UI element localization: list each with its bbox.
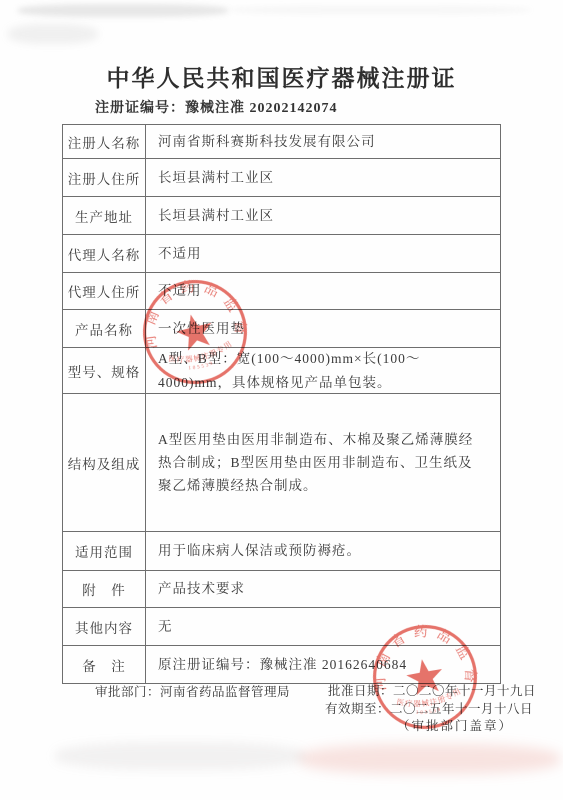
valid-until-line: 有效期至：二〇二五年十一月十八日 — [325, 699, 533, 717]
scan-noise — [55, 742, 305, 770]
row-value: 一次性医用垫 — [146, 310, 500, 347]
valid-until-label: 有效期至： — [325, 702, 390, 716]
approval-date-label: 批准日期： — [328, 684, 393, 698]
row-value: 无 — [146, 608, 500, 645]
row-value: 产品技术要求 — [146, 571, 500, 607]
table-row-registrant-name: 注册人名称 河南省斯科赛斯科技发展有限公司 — [63, 125, 500, 159]
table-row-structure-composition: 结构及组成 A型医用垫由医用非制造布、木棉及聚乙烯薄膜经热合制成；B型医用垫由医… — [63, 394, 500, 532]
row-value: 河南省斯科赛斯科技发展有限公司 — [146, 125, 500, 158]
row-label: 代理人名称 — [63, 235, 146, 272]
scan-noise — [230, 6, 530, 14]
row-label: 其他内容 — [63, 608, 146, 645]
table-row-other-content: 其他内容 无 — [63, 608, 500, 646]
approval-department: 审批部门：河南省药品监督管理局 — [95, 682, 290, 700]
certificate-table: 注册人名称 河南省斯科赛斯科技发展有限公司 注册人住所 长垣县满村工业区 生产地… — [62, 124, 501, 684]
scan-noise — [8, 24, 98, 44]
table-row-remarks: 备 注 原注册证编号：豫械注准 20162640684 — [63, 646, 500, 683]
registration-number-value: 豫械注准 20202142074 — [185, 101, 338, 116]
row-value: 不适用 — [146, 235, 500, 272]
row-value: A型医用垫由医用非制造布、木棉及聚乙烯薄膜经热合制成；B型医用垫由医用非制造布、… — [146, 394, 500, 531]
registration-number-line: 注册证编号：豫械注准 20202142074 — [95, 97, 338, 117]
row-label: 生产地址 — [63, 197, 146, 234]
seal-note: （审批部门盖章） — [397, 716, 513, 734]
row-label: 产品名称 — [63, 310, 146, 347]
row-label: 附 件 — [63, 571, 146, 607]
row-label: 注册人住所 — [63, 159, 146, 196]
row-label: 适用范围 — [63, 532, 146, 570]
approval-date-value: 二〇二〇年十一月十九日 — [393, 684, 536, 698]
certificate-page: 中华人民共和国医疗器械注册证 注册证编号：豫械注准 20202142074 注册… — [0, 0, 563, 800]
row-label: 代理人住所 — [63, 273, 146, 309]
row-value: 长垣县满村工业区 — [146, 159, 500, 196]
valid-until-value: 二〇二五年十一月十八日 — [390, 702, 533, 716]
table-row-production-address: 生产地址 长垣县满村工业区 — [63, 197, 500, 235]
table-row-agent-name: 代理人名称 不适用 — [63, 235, 500, 273]
row-label: 型号、规格 — [63, 348, 146, 393]
table-row-attachment: 附 件 产品技术要求 — [63, 571, 500, 608]
row-label: 注册人名称 — [63, 125, 146, 158]
scan-noise-stamp-bleed — [300, 744, 560, 774]
approval-date-line: 批准日期：二〇二〇年十一月十九日 — [328, 681, 536, 699]
row-value: 不适用 — [146, 273, 500, 309]
row-label: 备 注 — [63, 646, 146, 683]
row-label: 结构及组成 — [63, 394, 146, 531]
registration-number-label: 注册证编号： — [95, 101, 185, 116]
certificate-title: 中华人民共和国医疗器械注册证 — [0, 60, 563, 93]
row-value: A型、B型：宽(100～4000)mm×长(100～4000)mm，具体规格见产… — [146, 348, 500, 393]
scan-noise — [18, 4, 228, 17]
row-value: 用于临床病人保洁或预防褥疮。 — [146, 532, 500, 570]
table-row-product-name: 产品名称 一次性医用垫 — [63, 310, 500, 348]
table-row-scope-of-use: 适用范围 用于临床病人保洁或预防褥疮。 — [63, 532, 500, 571]
table-row-registrant-address: 注册人住所 长垣县满村工业区 — [63, 159, 500, 197]
row-value: 原注册证编号：豫械注准 20162640684 — [146, 646, 500, 683]
table-row-agent-address: 代理人住所 不适用 — [63, 273, 500, 310]
row-value: 长垣县满村工业区 — [146, 197, 500, 234]
table-row-model-spec: 型号、规格 A型、B型：宽(100～4000)mm×长(100～4000)mm，… — [63, 348, 500, 394]
